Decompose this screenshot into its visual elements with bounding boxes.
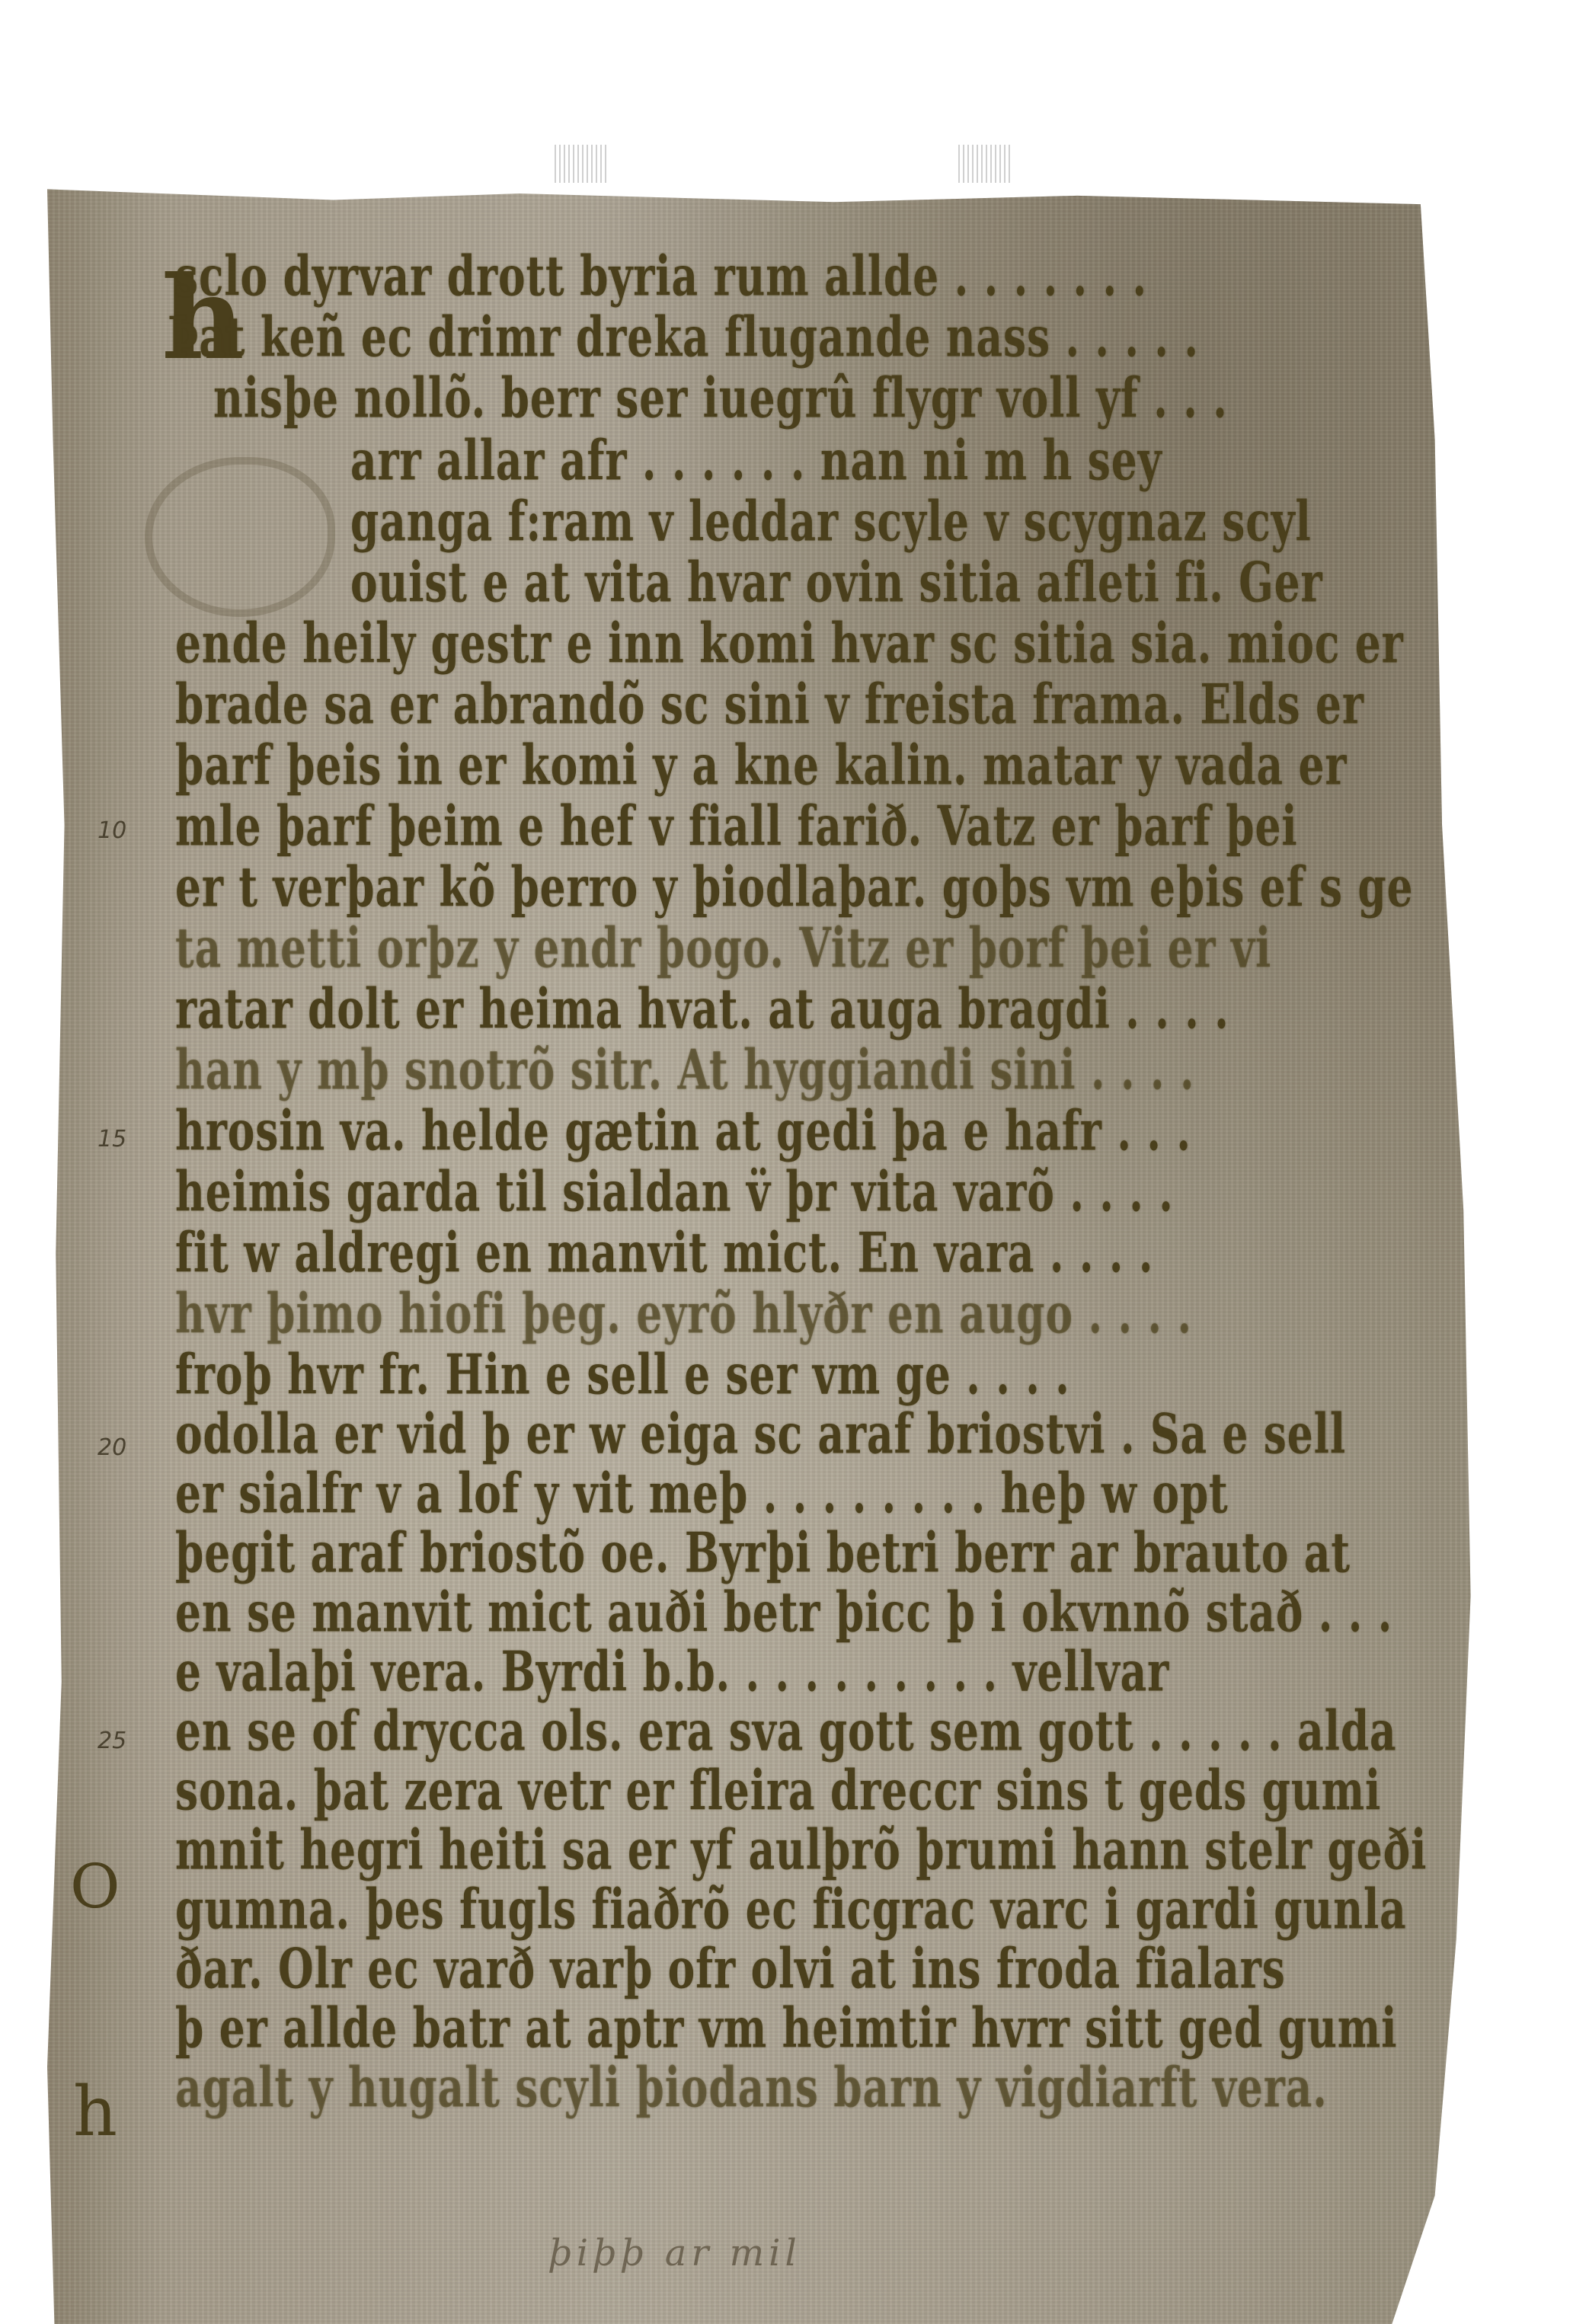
line-number-10: 10 [98, 817, 126, 844]
faded-decorative-initial [145, 457, 335, 617]
text-line: sclo dyrvar drott byria rum allde . . . … [175, 244, 1147, 311]
text-line: er t verþar kõ þerro y þiodlaþar. goþs v… [175, 855, 1414, 922]
initial-o-lower: O [70, 1851, 120, 1922]
text-line: hvr þimo hiofi þeg. eyrõ hlyðr en augo .… [175, 1281, 1192, 1348]
text-line: agalt y hugalt scyli þiodans barn y vigd… [175, 2055, 1328, 2122]
bottom-inscription: þiþþ ar mil [548, 2232, 801, 2274]
line-number-15: 15 [98, 1126, 126, 1152]
text-line: en se manvit mict auði betr þicc þ i okv… [175, 1580, 1392, 1647]
text-line: ganga f:ram v leddar scyle v scygnaz scy… [350, 489, 1312, 556]
text-line: ðar. Olr ec varð varþ ofr olvi at ins fr… [175, 1936, 1286, 2003]
text-line: sona. þat zera vetr er fleira dreccr sin… [175, 1758, 1381, 1825]
text-line: en se of drycca ols. era sva gott sem go… [175, 1699, 1397, 1766]
text-line: fit w aldregi en manvit mict. En vara . … [175, 1220, 1153, 1287]
top-edge-mark-left [555, 145, 608, 183]
text-line: arr allar afr . . . . . . nan ni m h sey [350, 428, 1162, 495]
text-line: þ er allde batr at aptr vm heimtir hvrr … [175, 1996, 1397, 2063]
text-line: ta metti orþz y endr þogo. Vitz er þorf … [175, 916, 1271, 983]
text-line: froþ hvr fr. Hin e sell e ser vm ge . . … [175, 1342, 1070, 1409]
text-line: nisþe nollõ. berr ser iuegrû flygr voll … [213, 366, 1228, 433]
line-number-25: 25 [98, 1728, 126, 1754]
text-line: han y mþ snotrõ sitr. At hyggiandi sini … [175, 1037, 1194, 1104]
text-line: odolla er vid þ er w eiga sc araf briost… [175, 1402, 1346, 1469]
text-line: brade sa er abrandõ sc sini v freista fr… [175, 672, 1364, 739]
line-number-20: 20 [98, 1434, 126, 1461]
text-line: hrosin va. helde gætin at gedi þa e hafr… [175, 1098, 1191, 1165]
text-line: heimis garda til sialdan v̈ þr vita varõ… [175, 1159, 1174, 1226]
text-line: er sialfr v a lof y vit meþ . . . . . . … [175, 1461, 1229, 1528]
text-line: gumna. þes fugls fiaðrõ ec ficgrac varc … [175, 1877, 1407, 1944]
top-edge-mark-right [958, 145, 1012, 183]
text-line: ende heily gestr e inn komi hvar sc siti… [175, 611, 1404, 678]
text-line: e valaþi vera. Byrdi b.b. . . . . . . . … [175, 1639, 1169, 1706]
text-line: þarf þeis in er komi y a kne kalin. mata… [175, 733, 1347, 800]
text-line: ouist e at vita hvar ovin sitia afleti f… [350, 550, 1323, 617]
text-line: mle þarf þeim e hef v fiall farið. Vatz … [175, 794, 1298, 861]
text-line: ratar dolt er heima hvat. at auga bragdi… [175, 977, 1229, 1044]
initial-h-bottom: h [73, 2072, 117, 2152]
text-line: þegit araf briostõ oe. Byrþi betri berr … [175, 1520, 1351, 1587]
text-line: Þat keñ ec drimr dreka flugande nass . .… [168, 305, 1199, 372]
text-line: mnit hegri heiti sa er yf aulþrõ þrumi h… [175, 1817, 1427, 1884]
